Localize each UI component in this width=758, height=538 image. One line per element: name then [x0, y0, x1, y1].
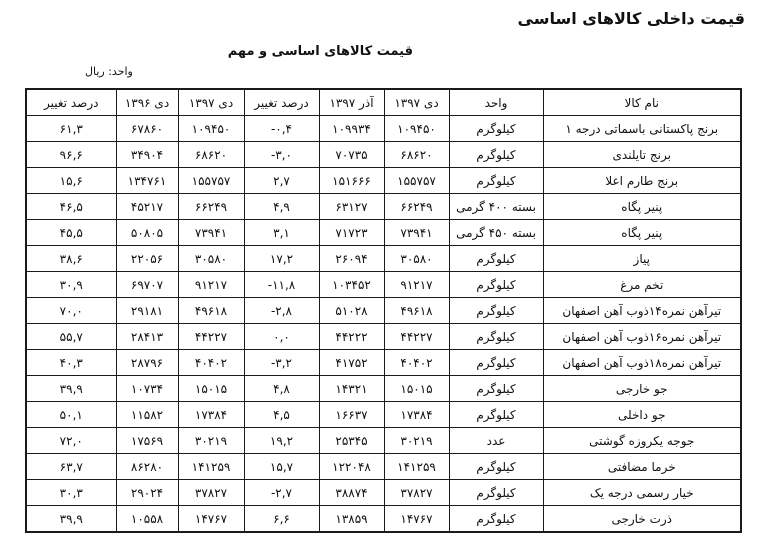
cell-azar-1397: ۴۴۲۲۲: [319, 324, 384, 350]
cell-pct-change-month: ۴,۸: [244, 376, 319, 402]
cell-name: جو داخلی: [543, 402, 741, 428]
cell-pct-change-year: ۳۹,۹: [26, 506, 116, 533]
cell-dey-1397-b: ۴۹۶۱۸: [178, 298, 244, 324]
cell-unit: کیلوگرم: [449, 246, 543, 272]
cell-pct-change-month: -۳,۲: [244, 350, 319, 376]
cell-dey-1397-b: ۴۰۴۰۲: [178, 350, 244, 376]
cell-azar-1397: ۶۳۱۲۷: [319, 194, 384, 220]
cell-pct-change-year: ۷۰,۰: [26, 298, 116, 324]
cell-pct-change-year: ۳۹,۹: [26, 376, 116, 402]
cell-azar-1397: ۱۳۸۵۹: [319, 506, 384, 533]
cell-dey-1396: ۲۲۰۵۶: [116, 246, 178, 272]
cell-pct-change-month: ۱۹,۲: [244, 428, 319, 454]
cell-unit: کیلوگرم: [449, 402, 543, 428]
cell-unit: کیلوگرم: [449, 376, 543, 402]
cell-unit: کیلوگرم: [449, 324, 543, 350]
cell-name: تیرآهن نمره۱۶ذوب آهن اصفهان: [543, 324, 741, 350]
cell-dey-1396: ۲۹۱۸۱: [116, 298, 178, 324]
cell-dey-1396: ۳۴۹۰۴: [116, 142, 178, 168]
table-row: خیار رسمی درجه یککیلوگرم۳۷۸۲۷۳۸۸۷۴-۲,۷۳۷…: [26, 480, 741, 506]
cell-pct-change-month: ۱۵,۷: [244, 454, 319, 480]
table-row: تیرآهن نمره۱۴ذوب آهن اصفهانکیلوگرم۴۹۶۱۸۵…: [26, 298, 741, 324]
cell-pct-change-month: ۳,۱: [244, 220, 319, 246]
cell-name: خیار رسمی درجه یک: [543, 480, 741, 506]
cell-dey-1397-a: ۶۸۶۲۰: [384, 142, 449, 168]
column-header: دی ۱۳۹۶: [116, 89, 178, 116]
cell-pct-change-year: ۴۶,۵: [26, 194, 116, 220]
table-row: ذرت خارجیکیلوگرم۱۴۷۶۷۱۳۸۵۹۶,۶۱۴۷۶۷۱۰۵۵۸۳…: [26, 506, 741, 533]
cell-name: برنج تایلندی: [543, 142, 741, 168]
cell-dey-1396: ۸۶۲۸۰: [116, 454, 178, 480]
cell-azar-1397: ۳۸۸۷۴: [319, 480, 384, 506]
cell-dey-1397-a: ۱۵۵۷۵۷: [384, 168, 449, 194]
cell-azar-1397: ۵۱۰۲۸: [319, 298, 384, 324]
cell-unit: کیلوگرم: [449, 272, 543, 298]
cell-dey-1397-a: ۱۴۷۶۷: [384, 506, 449, 533]
cell-dey-1397-b: ۱۵۰۱۵: [178, 376, 244, 402]
table-row: پیازکیلوگرم۳۰۵۸۰۲۶۰۹۴۱۷,۲۳۰۵۸۰۲۲۰۵۶۳۸,۶: [26, 246, 741, 272]
cell-dey-1397-a: ۴۹۶۱۸: [384, 298, 449, 324]
table-body: برنج پاکستانی باسماتی درجه ۱کیلوگرم۱۰۹۴۵…: [26, 116, 741, 533]
cell-azar-1397: ۲۶۰۹۴: [319, 246, 384, 272]
cell-pct-change-year: ۶۳,۷: [26, 454, 116, 480]
cell-unit: کیلوگرم: [449, 116, 543, 142]
table-row: پنیر پگاهبسته ۴۰۰ گرمی۶۶۲۴۹۶۳۱۲۷۴,۹۶۶۲۴۹…: [26, 194, 741, 220]
cell-dey-1397-b: ۳۷۸۲۷: [178, 480, 244, 506]
cell-pct-change-year: ۴۵,۵: [26, 220, 116, 246]
cell-dey-1397-a: ۱۵۰۱۵: [384, 376, 449, 402]
unit-note: واحد: ریال: [85, 65, 133, 78]
cell-dey-1397-a: ۳۰۲۱۹: [384, 428, 449, 454]
cell-pct-change-year: ۷۲,۰: [26, 428, 116, 454]
cell-unit: بسته ۴۵۰ گرمی: [449, 220, 543, 246]
cell-dey-1397-b: ۹۱۲۱۷: [178, 272, 244, 298]
cell-dey-1397-a: ۱۷۳۸۴: [384, 402, 449, 428]
cell-name: جوجه یکروزه گوشتی: [543, 428, 741, 454]
cell-unit: کیلوگرم: [449, 480, 543, 506]
cell-dey-1397-b: ۱۴۱۲۵۹: [178, 454, 244, 480]
cell-azar-1397: ۱۰۹۹۳۴: [319, 116, 384, 142]
cell-dey-1396: ۱۱۵۸۲: [116, 402, 178, 428]
cell-azar-1397: ۱۵۱۶۶۶: [319, 168, 384, 194]
table-row: پنیر پگاهبسته ۴۵۰ گرمی۷۳۹۴۱۷۱۷۲۳۳,۱۷۳۹۴۱…: [26, 220, 741, 246]
table-row: جوجه یکروزه گوشتیعدد۳۰۲۱۹۲۵۳۴۵۱۹,۲۳۰۲۱۹۱…: [26, 428, 741, 454]
column-header: واحد: [449, 89, 543, 116]
table-row: خرما مضافتیکیلوگرم۱۴۱۲۵۹۱۲۲۰۴۸۱۵,۷۱۴۱۲۵۹…: [26, 454, 741, 480]
cell-dey-1396: ۱۷۵۶۹: [116, 428, 178, 454]
cell-azar-1397: ۱۶۶۳۷: [319, 402, 384, 428]
cell-pct-change-year: ۳۰,۳: [26, 480, 116, 506]
cell-unit: کیلوگرم: [449, 454, 543, 480]
cell-dey-1397-a: ۱۴۱۲۵۹: [384, 454, 449, 480]
table-row: تیرآهن نمره۱۶ذوب آهن اصفهانکیلوگرم۴۴۲۲۷۴…: [26, 324, 741, 350]
cell-dey-1397-a: ۴۴۲۲۷: [384, 324, 449, 350]
cell-dey-1396: ۱۰۷۳۴: [116, 376, 178, 402]
cell-name: تیرآهن نمره۱۸ذوب آهن اصفهان: [543, 350, 741, 376]
cell-unit: کیلوگرم: [449, 350, 543, 376]
page-subtitle: قیمت کالاهای اساسی و مهم: [228, 44, 413, 59]
cell-name: ذرت خارجی: [543, 506, 741, 533]
cell-pct-change-month: ۲,۷: [244, 168, 319, 194]
cell-pct-change-month: -۰,۴: [244, 116, 319, 142]
cell-pct-change-month: -۲,۸: [244, 298, 319, 324]
cell-pct-change-month: ۴,۵: [244, 402, 319, 428]
table-row: برنج طارم اعلاکیلوگرم۱۵۵۷۵۷۱۵۱۶۶۶۲,۷۱۵۵۷…: [26, 168, 741, 194]
cell-azar-1397: ۱۰۳۴۵۲: [319, 272, 384, 298]
cell-azar-1397: ۱۴۳۲۱: [319, 376, 384, 402]
page-title: قیمت داخلی کالاهای اساسی: [518, 9, 745, 28]
table-row: جو خارجیکیلوگرم۱۵۰۱۵۱۴۳۲۱۴,۸۱۵۰۱۵۱۰۷۳۴۳۹…: [26, 376, 741, 402]
cell-azar-1397: ۱۲۲۰۴۸: [319, 454, 384, 480]
cell-dey-1396: ۶۹۷۰۷: [116, 272, 178, 298]
column-header: درصد تغییر: [244, 89, 319, 116]
prices-table: نام کالاواحددی ۱۳۹۷آذر ۱۳۹۷درصد تغییردی …: [25, 88, 742, 533]
cell-pct-change-year: ۶۱,۳: [26, 116, 116, 142]
cell-pct-change-month: ۱۷,۲: [244, 246, 319, 272]
cell-unit: کیلوگرم: [449, 298, 543, 324]
table-row: برنج تایلندیکیلوگرم۶۸۶۲۰۷۰۷۳۵-۳,۰۶۸۶۲۰۳۴…: [26, 142, 741, 168]
cell-name: پنیر پگاه: [543, 194, 741, 220]
cell-dey-1397-a: ۴۰۴۰۲: [384, 350, 449, 376]
cell-azar-1397: ۷۱۷۲۳: [319, 220, 384, 246]
table-row: برنج پاکستانی باسماتی درجه ۱کیلوگرم۱۰۹۴۵…: [26, 116, 741, 142]
cell-dey-1396: ۵۰۸۰۵: [116, 220, 178, 246]
cell-dey-1397-a: ۳۰۵۸۰: [384, 246, 449, 272]
cell-dey-1397-a: ۱۰۹۴۵۰: [384, 116, 449, 142]
table-row: تیرآهن نمره۱۸ذوب آهن اصفهانکیلوگرم۴۰۴۰۲۴…: [26, 350, 741, 376]
cell-dey-1396: ۲۸۷۹۶: [116, 350, 178, 376]
cell-dey-1397-b: ۷۳۹۴۱: [178, 220, 244, 246]
cell-unit: بسته ۴۰۰ گرمی: [449, 194, 543, 220]
column-header: دی ۱۳۹۷: [178, 89, 244, 116]
column-header: درصد تغییر: [26, 89, 116, 116]
cell-dey-1397-b: ۱۷۳۸۴: [178, 402, 244, 428]
cell-pct-change-year: ۳۸,۶: [26, 246, 116, 272]
cell-azar-1397: ۷۰۷۳۵: [319, 142, 384, 168]
cell-pct-change-year: ۴۰,۳: [26, 350, 116, 376]
cell-name: پنیر پگاه: [543, 220, 741, 246]
cell-dey-1396: ۲۹۰۲۴: [116, 480, 178, 506]
cell-name: تخم مرغ: [543, 272, 741, 298]
cell-dey-1397-b: ۱۴۷۶۷: [178, 506, 244, 533]
cell-unit: کیلوگرم: [449, 168, 543, 194]
cell-pct-change-month: -۱۱,۸: [244, 272, 319, 298]
cell-pct-change-month: ۰,۰: [244, 324, 319, 350]
cell-dey-1397-b: ۶۸۶۲۰: [178, 142, 244, 168]
cell-dey-1396: ۴۵۲۱۷: [116, 194, 178, 220]
cell-dey-1396: ۶۷۸۶۰: [116, 116, 178, 142]
cell-dey-1397-b: ۳۰۲۱۹: [178, 428, 244, 454]
cell-dey-1396: ۱۳۴۷۶۱: [116, 168, 178, 194]
column-header: آذر ۱۳۹۷: [319, 89, 384, 116]
cell-azar-1397: ۴۱۷۵۲: [319, 350, 384, 376]
cell-unit: کیلوگرم: [449, 506, 543, 533]
cell-pct-change-month: -۲,۷: [244, 480, 319, 506]
cell-pct-change-year: ۹۶,۶: [26, 142, 116, 168]
cell-name: برنج پاکستانی باسماتی درجه ۱: [543, 116, 741, 142]
cell-unit: کیلوگرم: [449, 142, 543, 168]
cell-pct-change-year: ۳۰,۹: [26, 272, 116, 298]
cell-dey-1397-b: ۱۰۹۴۵۰: [178, 116, 244, 142]
cell-dey-1396: ۱۰۵۵۸: [116, 506, 178, 533]
cell-dey-1397-b: ۶۶۲۴۹: [178, 194, 244, 220]
cell-name: پیاز: [543, 246, 741, 272]
cell-dey-1396: ۲۸۴۱۳: [116, 324, 178, 350]
header-row: نام کالاواحددی ۱۳۹۷آذر ۱۳۹۷درصد تغییردی …: [26, 89, 741, 116]
cell-name: تیرآهن نمره۱۴ذوب آهن اصفهان: [543, 298, 741, 324]
cell-name: برنج طارم اعلا: [543, 168, 741, 194]
table-row: تخم مرغکیلوگرم۹۱۲۱۷۱۰۳۴۵۲-۱۱,۸۹۱۲۱۷۶۹۷۰۷…: [26, 272, 741, 298]
cell-unit: عدد: [449, 428, 543, 454]
cell-dey-1397-a: ۳۷۸۲۷: [384, 480, 449, 506]
table-row: جو داخلیکیلوگرم۱۷۳۸۴۱۶۶۳۷۴,۵۱۷۳۸۴۱۱۵۸۲۵۰…: [26, 402, 741, 428]
cell-dey-1397-a: ۹۱۲۱۷: [384, 272, 449, 298]
column-header: نام کالا: [543, 89, 741, 116]
cell-dey-1397-a: ۶۶۲۴۹: [384, 194, 449, 220]
cell-pct-change-month: ۶,۶: [244, 506, 319, 533]
column-header: دی ۱۳۹۷: [384, 89, 449, 116]
cell-dey-1397-b: ۳۰۵۸۰: [178, 246, 244, 272]
cell-dey-1397-a: ۷۳۹۴۱: [384, 220, 449, 246]
cell-pct-change-year: ۵۵,۷: [26, 324, 116, 350]
cell-pct-change-month: -۳,۰: [244, 142, 319, 168]
cell-name: جو خارجی: [543, 376, 741, 402]
cell-azar-1397: ۲۵۳۴۵: [319, 428, 384, 454]
cell-pct-change-year: ۱۵,۶: [26, 168, 116, 194]
cell-dey-1397-b: ۱۵۵۷۵۷: [178, 168, 244, 194]
cell-pct-change-month: ۴,۹: [244, 194, 319, 220]
cell-pct-change-year: ۵۰,۱: [26, 402, 116, 428]
cell-name: خرما مضافتی: [543, 454, 741, 480]
cell-dey-1397-b: ۴۴۲۲۷: [178, 324, 244, 350]
